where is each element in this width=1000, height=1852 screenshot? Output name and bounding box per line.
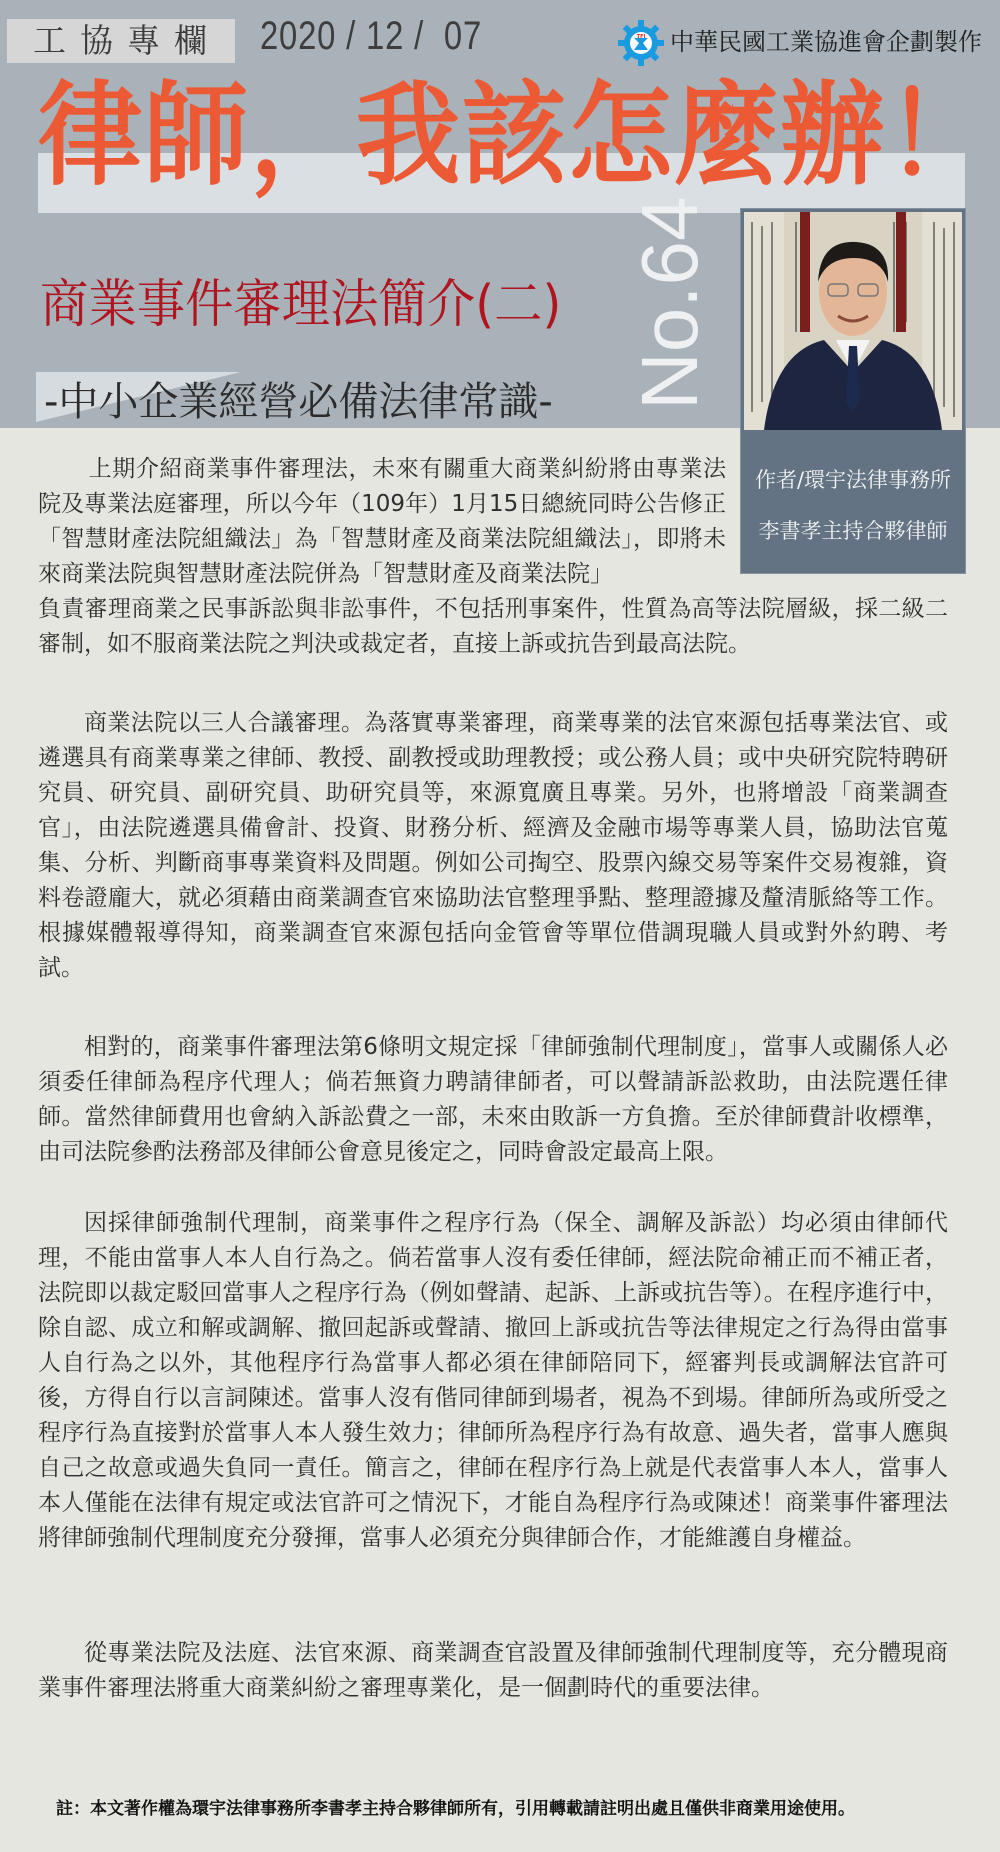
series-tagline: -中小企業經營必備法律常識- <box>44 370 553 427</box>
copyright-note: 註：本文著作權為環宇法律事務所李書孝主持合夥律師所有，引用轉載請註明出處且僅供非… <box>56 1794 855 1819</box>
paragraph-1-narrow: 上期介紹商業事件審理法，未來有關重大商業糾紛將由專業法院及專業法庭審理，所以今年… <box>38 452 726 592</box>
author-photo <box>744 212 962 430</box>
paragraph-1-wide: 負責審理商業之民事訴訟與非訟事件，不包括刑事案件，性質為高等法院層級，採二級二審… <box>38 592 948 662</box>
column-tag: 工協專欄 <box>7 19 235 63</box>
article-paragraph-1: 上期介紹商業事件審理法，未來有關重大商業糾紛將由專業法院及專業法庭審理，所以今年… <box>38 452 948 662</box>
article-paragraph-5: 從專業法院及法庭、法官來源、商業調查官設置及律師強制代理制度等，充分體現商業事件… <box>38 1636 948 1706</box>
article-subtitle: 商業事件審理法簡介(二) <box>40 262 561 337</box>
main-title: 律師，我該怎麼辦！ <box>38 80 992 192</box>
svg-text:TFI: TFI <box>637 34 646 40</box>
article-paragraph-2: 商業法院以三人合議審理。為落實專業審理，商業專業的法官來源包括專業法官、或遴選具… <box>38 706 948 986</box>
issue-number: No.64 <box>630 210 710 410</box>
publish-date: 2020 / 12 / 07 <box>260 14 482 59</box>
author-portrait-icon <box>744 212 962 430</box>
gear-logo-icon: TFI <box>617 19 665 67</box>
article-paragraph-3: 相對的，商業事件審理法第6條明文規定採「律師強制代理制度」，當事人或關係人必須委… <box>38 1030 948 1170</box>
organizer-name: 中華民國工業協進會企劃製作 <box>670 22 982 57</box>
article-paragraph-4: 因採律師強制代理制，商業事件之程序行為（保全、調解及訴訟）均必須由律師代理，不能… <box>38 1206 948 1556</box>
